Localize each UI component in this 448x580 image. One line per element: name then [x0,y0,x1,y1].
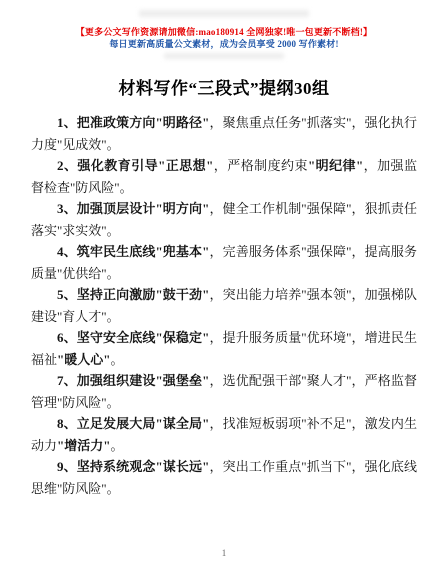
item-segment: ，严格制度约束 [213,158,308,173]
item-segment: 。 [110,438,123,453]
outline-item: 8、立足发展大局"谋全局"，找准短板弱项"补不足"，激发内生动力"增活力"。 [31,413,417,456]
outline-item: 5、坚持正向激励"鼓干劲"，突出能力培养"强本领"，加强梯队建设"育人才"。 [31,284,417,327]
outline-item: 7、加强组织建设"强堡垒"，选优配强干部"聚人才"，严格监督管理"防风险"。 [31,370,417,413]
outline-list: 1、把准政策方向"明路径"，聚焦重点任务"抓落实"，强化执行力度"见成效"。2、… [31,112,417,499]
outline-item: 1、把准政策方向"明路径"，聚焦重点任务"抓落实"，强化执行力度"见成效"。 [31,112,417,155]
item-segment: 1、把准政策方向"明路径" [57,115,209,130]
item-segment: 8、立足发展大局"谋全局" [57,416,209,431]
item-segment: "增活力" [57,438,110,453]
document-page: 【更多公文写作资源请加微信:mao180914 全网独家!唯一包更新不断档!】 … [0,0,448,580]
item-segment: "暖人心" [57,352,110,367]
item-segment: 2、强化教育引导"正思想" [57,158,213,173]
item-segment: 9、坚持系统观念"谋长远" [57,459,209,474]
watermark-smudge-top [139,10,309,17]
outline-item: 6、坚守安全底线"保稳定"，提升服务质量"优环境"，增进民生福祉"暖人心"。 [31,327,417,370]
page-number: 1 [0,548,448,558]
outline-item: 2、强化教育引导"正思想"，严格制度约束"明纪律"，加强监督检查"防风险"。 [31,155,417,198]
ad-banner: 【更多公文写作资源请加微信:mao180914 全网独家!唯一包更新不断档!】 … [31,26,417,50]
item-segment: 6、坚守安全底线"保稳定" [57,330,209,345]
item-segment: 7、加强组织建设"强堡垒" [57,373,209,388]
item-segment: 。 [110,352,123,367]
outline-item: 9、坚持系统观念"谋长远"，突出工作重点"抓当下"，强化底线思维"防风险"。 [31,456,417,499]
watermark-smudge-bottom [164,53,284,59]
item-segment: 4、筑牢民生底线"兜基本" [57,244,209,259]
ad-line-blue: 每日更新高质量公文素材，成为会员享受 2000 写作素材! [31,38,417,50]
item-segment: 5、坚持正向激励"鼓干劲" [57,287,209,302]
ad-line-red: 【更多公文写作资源请加微信:mao180914 全网独家!唯一包更新不断档!】 [31,26,417,38]
item-segment: 3、加强顶层设计"明方向" [57,201,209,216]
item-segment: "明纪律" [308,158,363,173]
outline-item: 4、筑牢民生底线"兜基本"，完善服务体系"强保障"，提高服务质量"优供给"。 [31,241,417,284]
document-title: 材料写作“三段式”提纲30组 [31,76,417,102]
outline-item: 3、加强顶层设计"明方向"，健全工作机制"强保障"，狠抓责任落实"求实效"。 [31,198,417,241]
